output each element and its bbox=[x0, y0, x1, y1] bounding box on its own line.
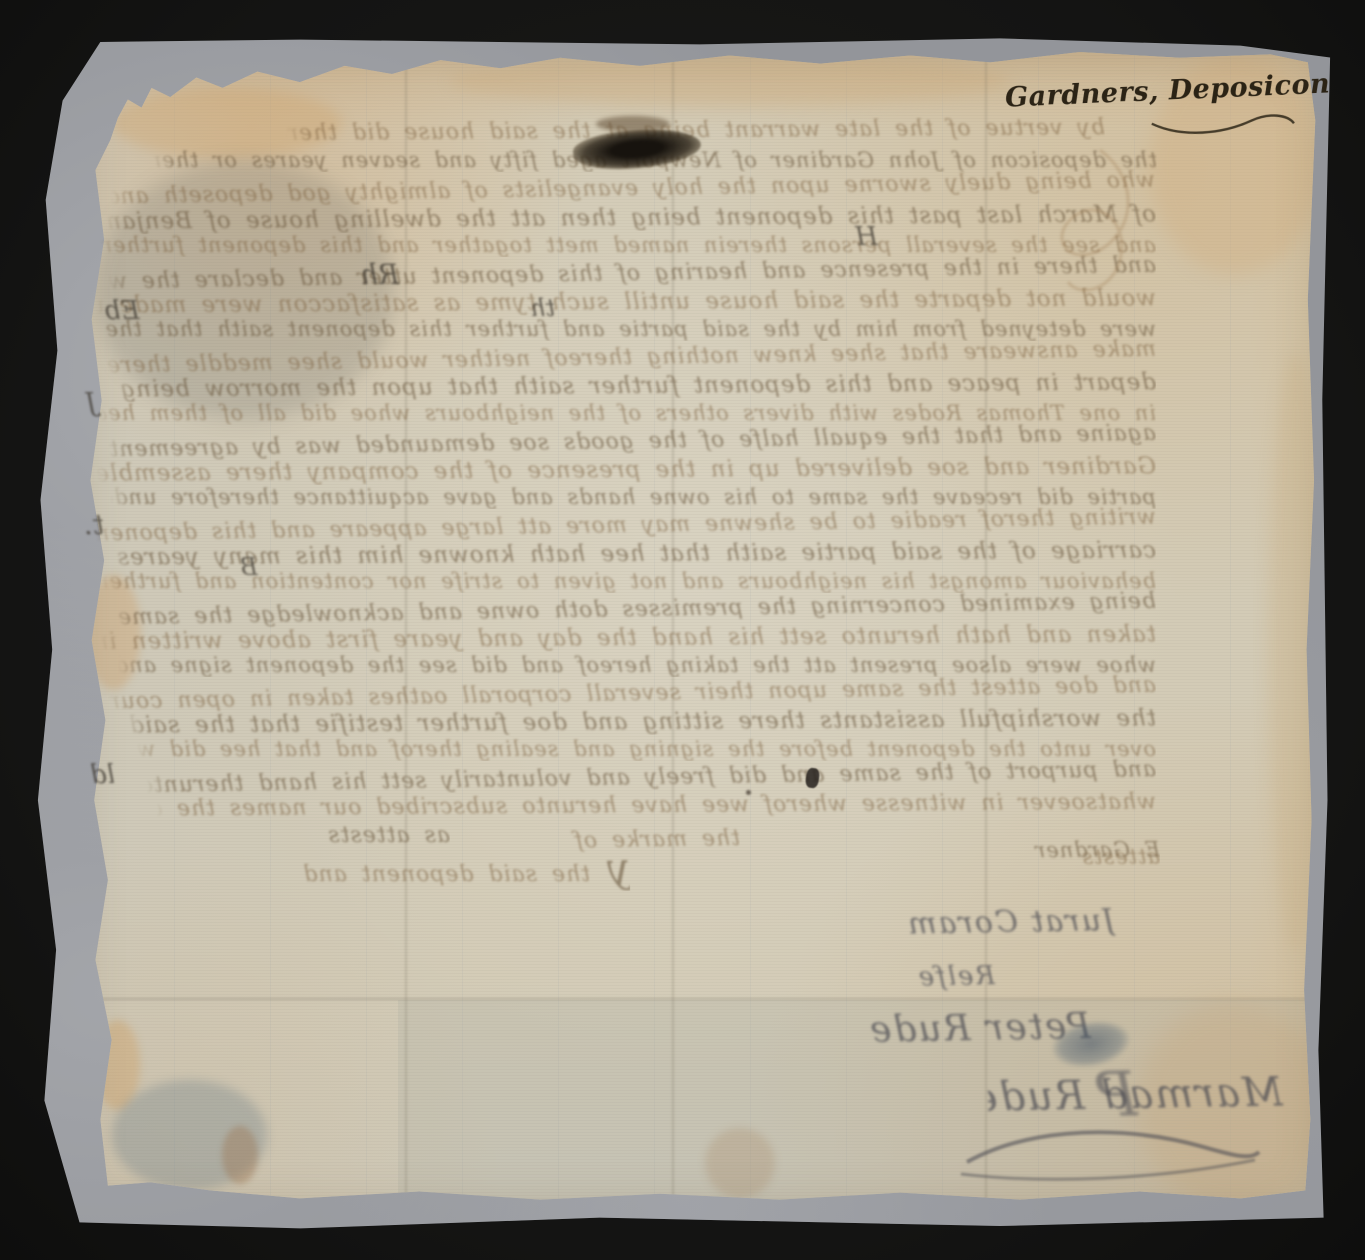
bleedthrough-line: y bbox=[520, 845, 631, 893]
small-ink-dot bbox=[746, 790, 751, 795]
bleedthrough-line: were deteyned from him by the said parti… bbox=[92, 317, 1156, 341]
bleedthrough-line: attests bbox=[1010, 844, 1160, 869]
jurat-coram-bleed: Jurat Coram bbox=[880, 903, 1116, 942]
bleedthrough-line: in one Thomas Rodes with divers others o… bbox=[98, 401, 1156, 425]
bleedthrough-accent: J bbox=[86, 388, 96, 418]
bleedthrough-accent: th bbox=[530, 294, 555, 322]
bleedthrough-accent: t. bbox=[84, 508, 104, 541]
bleedthrough-accent: Eb bbox=[104, 296, 140, 326]
signature-name-bleed-2: Marmad Rude bbox=[988, 1069, 1284, 1120]
bleedthrough-accent: Rh bbox=[360, 258, 399, 291]
ink-blot-smear bbox=[596, 116, 670, 132]
faint-showthrough-curl bbox=[1040, 140, 1160, 310]
bleedthrough-accent: ld bbox=[90, 760, 115, 790]
bleedthrough-line: behaviour amongst his neighbours and not… bbox=[101, 569, 1156, 593]
bleedthrough-accent: B bbox=[240, 553, 258, 581]
justice-name-bleed: Relfe bbox=[885, 961, 996, 993]
manuscript-scan: by vertue of the late warrant being at t… bbox=[0, 0, 1365, 1260]
bleedthrough-line: as attests bbox=[150, 823, 450, 848]
bleedthrough-line: whoe were alsoe present att the taking h… bbox=[118, 653, 1156, 677]
bleedthrough-line: and see the severall persons therein nam… bbox=[98, 233, 1156, 257]
signature-flourish bbox=[955, 1122, 1275, 1192]
bleedthrough-accent: H bbox=[855, 222, 878, 252]
bleedthrough-line: partie did receave the same to his owne … bbox=[110, 485, 1156, 509]
bleedthrough-line: over unto the deponent before the signin… bbox=[136, 737, 1156, 761]
